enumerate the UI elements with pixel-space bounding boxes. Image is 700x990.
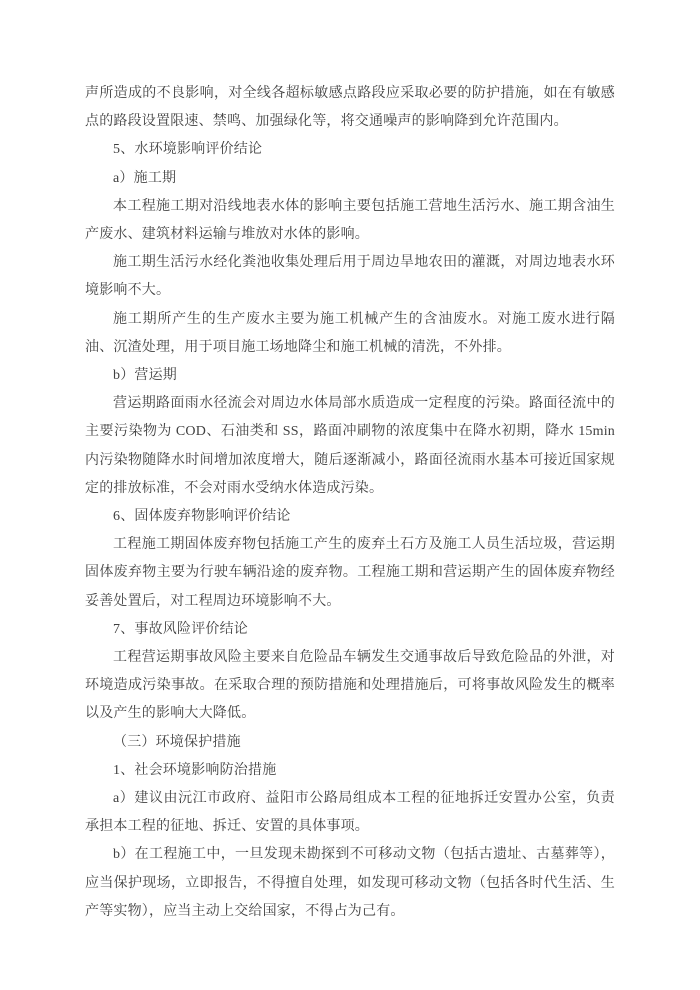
paragraph-solid-waste: 工程施工期固体废弃物包括施工产生的废弃土石方及施工人员生活垃圾，营运期固体废弃物… [85,531,615,616]
paragraph-b-cultural-relics: b）在工程施工中，一旦发现未勘探到不可移动文物（包括古遗址、古墓葬等），应当保护… [85,841,615,926]
heading-1-social-environment-measures: 1、社会环境影响防治措施 [85,757,615,785]
heading-section-3-environmental-protection-measures: （三）环境保护措施 [85,729,615,757]
heading-section-7-accident-risk: 7、事故风险评价结论 [85,616,615,644]
heading-a-construction-period: a）施工期 [85,165,615,193]
paragraph-accident-risk: 工程营运期事故风险主要来自危险品车辆发生交通事故后导致危险品的外泄，对环境造成污… [85,644,615,729]
paragraph-noise-mitigation-continuation: 声所造成的不良影响，对全线各超标敏感点路段应采取必要的防护措施，如在有敏感点的路… [85,80,615,136]
paragraph-a-land-acquisition-office: a）建议由沅江市政府、益阳市公路局组成本工程的征地拆迁安置办公室，负责承担本工程… [85,785,615,841]
paragraph-road-runoff: 营运期路面雨水径流会对周边水体局部水质造成一定程度的污染。路面径流中的主要污染物… [85,390,615,503]
heading-section-6-solid-waste: 6、固体废弃物影响评价结论 [85,503,615,531]
paragraph-domestic-sewage: 施工期生活污水经化粪池收集处理后用于周边旱地农田的灌溉，对周边地表水环境影响不大… [85,249,615,305]
heading-b-operation-period: b）营运期 [85,362,615,390]
paragraph-production-wastewater: 施工期所产生的生产废水主要为施工机械产生的含油废水。对施工废水进行隔油、沉渣处理… [85,306,615,362]
heading-section-5-water-environment: 5、水环境影响评价结论 [85,136,615,164]
document-page: 声所造成的不良影响，对全线各超标敏感点路段应采取必要的防护措施，如在有敏感点的路… [0,0,700,990]
paragraph-construction-water-impact: 本工程施工期对沿线地表水体的影响主要包括施工营地生活污水、施工期含油生产废水、建… [85,193,615,249]
